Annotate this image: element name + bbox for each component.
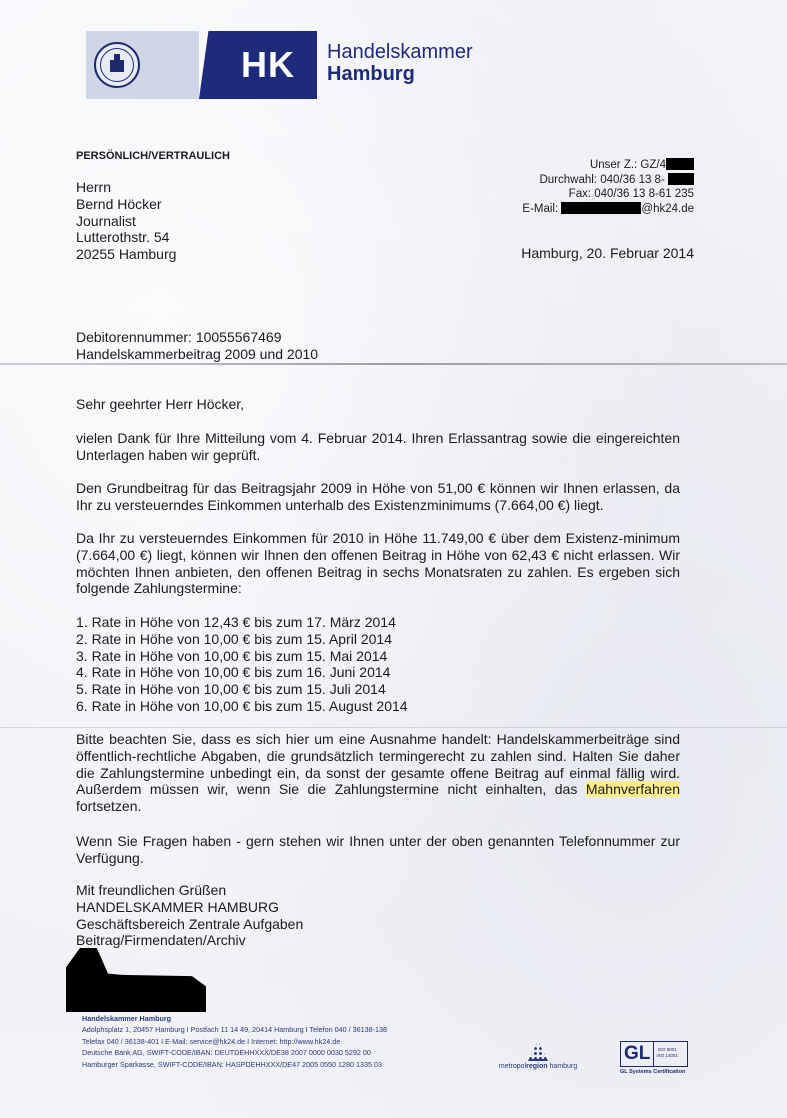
fold-crease <box>0 363 787 365</box>
installment-item: 3. Rate in Höhe von 10,00 € bis zum 15. … <box>76 648 408 665</box>
questions-paragraph: Wenn Sie Fragen haben - gern stehen wir … <box>76 833 680 867</box>
installment-list: 1. Rate in Höhe von 12,43 € bis zum 17. … <box>76 614 408 715</box>
closing-org: HANDELSKAMMER HAMBURG <box>76 899 303 916</box>
notice-paragraph: Bitte beachten Sie, dass es sich hier um… <box>76 731 680 815</box>
metropolregion-icon <box>528 1041 548 1061</box>
gl-certification-badge: GL ISO 9001ISO 14001 GL Systems Certific… <box>620 1041 695 1075</box>
closing-division: Geschäftsbereich Zentrale Aufgaben <box>76 916 303 933</box>
seal-panel <box>86 31 199 99</box>
installment-item: 2. Rate in Höhe von 10,00 € bis zum 15. … <box>76 631 408 648</box>
email: E-Mail: @hk24.de <box>522 202 694 217</box>
fold-crease <box>0 727 787 728</box>
reference-block: Unser Z.: GZ/4 Durchwahl: 040/36 13 8- F… <box>522 158 694 216</box>
seal-icon <box>94 42 140 88</box>
highlighted-term: Mahnverfahren <box>586 781 680 797</box>
footer-address: Adolphsplatz 1, 20457 Hamburg I Postfach… <box>82 1024 387 1035</box>
installment-item: 1. Rate in Höhe von 12,43 € bis zum 17. … <box>76 614 408 631</box>
letterhead-logo: HK Handelskammer Hamburg <box>86 31 473 99</box>
signature-redaction <box>66 948 206 1012</box>
letter-date: Hamburg, 20. Februar 2014 <box>521 245 694 261</box>
paragraph: Da Ihr zu versteuerndes Einkommen für 20… <box>76 530 680 597</box>
logo-mark: HK <box>199 31 317 99</box>
installment-item: 5. Rate in Höhe von 10,00 € bis zum 15. … <box>76 681 408 698</box>
confidential-label: PERSÖNLICH/VERTRAULICH <box>76 148 230 165</box>
footer-bank: Deutsche Bank AG, SWIFT-CODE/IBAN: DEUTD… <box>82 1047 387 1058</box>
greeting: Sehr geehrter Herr Höcker, <box>76 396 244 413</box>
regards: Mit freundlichen Grüßen <box>76 882 303 899</box>
footer-contact: Telefax 040 / 36138-401 I E-Mail: servic… <box>82 1036 387 1047</box>
letter-page: HK Handelskammer Hamburg PERSÖNLICH/VERT… <box>0 0 787 1118</box>
closing-block: Mit freundlichen Grüßen HANDELSKAMMER HA… <box>76 882 303 949</box>
redaction-bar <box>561 202 641 214</box>
our-reference: Unser Z.: GZ/4 <box>522 158 694 173</box>
paragraph: Den Grundbeitrag für das Beitragsjahr 20… <box>76 480 680 514</box>
footer-org: Handelskammer Hamburg <box>82 1013 387 1024</box>
recipient-address: Herrn Bernd Höcker Journalist Lutteroths… <box>76 179 176 263</box>
subject-topic: Handelskammerbeitrag 2009 und 2010 <box>76 346 318 363</box>
direct-dial: Durchwahl: 040/36 13 8- <box>522 173 694 188</box>
org-name: Handelskammer Hamburg <box>317 31 473 99</box>
redaction-bar <box>668 173 694 185</box>
debtor-number: Debitorennummer: 10055567469 <box>76 329 318 346</box>
footer-bank: Hamburger Sparkasse, SWIFT-CODE/IBAN: HA… <box>82 1059 387 1070</box>
fax-number: Fax: 040/36 13 8-61 235 <box>522 187 694 202</box>
installment-item: 6. Rate in Höhe von 10,00 € bis zum 15. … <box>76 698 408 715</box>
paragraph: vielen Dank für Ihre Mitteilung vom 4. F… <box>76 430 680 464</box>
subject-block: Debitorennummer: 10055567469 Handelskamm… <box>76 329 318 363</box>
closing-department: Beitrag/Firmendaten/Archiv <box>76 932 303 949</box>
metropolregion-badge: metropolregion hamburg <box>488 1041 588 1070</box>
gl-logo-icon: GL <box>621 1042 654 1066</box>
footer: Handelskammer Hamburg Adolphsplatz 1, 20… <box>82 1013 387 1070</box>
installment-item: 4. Rate in Höhe von 10,00 € bis zum 16. … <box>76 664 408 681</box>
redaction-bar <box>666 158 694 170</box>
